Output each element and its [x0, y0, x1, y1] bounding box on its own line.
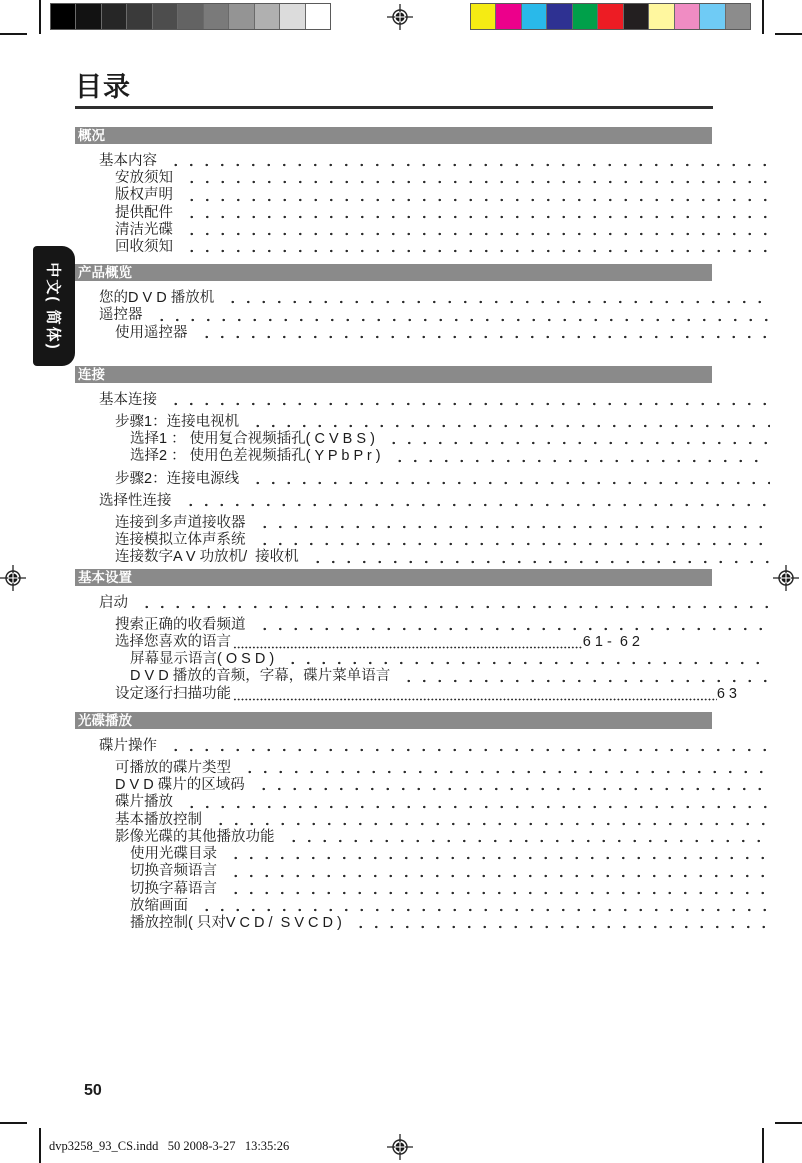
toc-page: 目录 概况 基本内容 安放须知 版权声明 提供配件 清洁光碟 回收须知 [75, 72, 770, 932]
calibration-swatch [204, 4, 229, 29]
toc-entry: 基本连接 [75, 392, 770, 409]
crop-mark [39, 1128, 41, 1163]
toc-entry-label: 设定逐行扫描功能 [115, 686, 231, 703]
toc-entry-page: 6 1 - 6 2 [583, 634, 640, 651]
color-calibration-bar [470, 3, 751, 30]
toc-entry-label: 切换音频语言 [130, 863, 217, 880]
dot-leader-icon [182, 226, 770, 239]
dot-leader-icon [233, 638, 583, 651]
dot-leader-icon [166, 157, 770, 170]
crop-mark [0, 1122, 27, 1124]
dot-leader-icon [255, 536, 771, 549]
grayscale-calibration-bar [50, 3, 331, 30]
toc-entry-label: 启动 [99, 595, 128, 612]
toc-entry-label: 选择您喜欢的语言 [115, 634, 231, 651]
print-slug: dvp3258_93_CS.indd 50 2008-3-27 13:35:26 [49, 1139, 289, 1154]
toc-sections: 概况 基本内容 安放须知 版权声明 提供配件 清洁光碟 回收须知 产品概览 [75, 127, 770, 932]
title-rule [75, 106, 713, 109]
calibration-swatch [624, 4, 649, 29]
toc-entry: 步骤2：连接电源线 [75, 471, 770, 488]
toc-entry-label: 影像光碟的其他播放功能 [115, 829, 275, 846]
toc-entry: 清洁光碟 [75, 222, 770, 239]
dot-leader-icon [283, 655, 770, 668]
toc-entry-label: 安放须知 [115, 170, 173, 187]
calibration-swatch [102, 4, 127, 29]
toc-entry-label: D V D 播放的音频，字幕，碟片菜单语言 [130, 668, 390, 685]
toc-entry-label: 使用遥控器 [115, 325, 188, 342]
toc-entry: 连接到多声道接收器 [75, 515, 770, 532]
toc-entry-label: D V D 碟片的区域码 [115, 777, 245, 794]
calibration-swatch [522, 4, 547, 29]
dot-leader-icon [254, 781, 770, 794]
section-heading: 概况 [75, 127, 105, 144]
section-heading: 光碟播放 [75, 712, 132, 729]
dot-leader-icon [197, 329, 771, 342]
toc-section: 产品概览 您的D V D 播放机 遥控器 使用遥控器 [75, 264, 770, 342]
toc-entry-label: 步骤2：连接电源线 [115, 471, 239, 488]
section-heading-bar: 概况 [75, 127, 712, 144]
toc-entry: 连接模拟立体声系统 [75, 532, 770, 549]
dot-leader-icon [233, 690, 717, 703]
section-heading-bar: 产品概览 [75, 264, 712, 281]
toc-entry-label: 选择2 ： 使用色差视频插孔( Y P b P r ) [130, 448, 381, 465]
toc-entry-label: 清洁光碟 [115, 222, 173, 239]
toc-section: 连接 基本连接 步骤1：连接电视机 选择1 ： 使用复合视频插孔( C V B … [75, 366, 770, 567]
toc-entry: 屏幕显示语言( O S D ) [75, 651, 770, 668]
calibration-swatch [471, 4, 496, 29]
toc-entry-label: 基本内容 [99, 153, 157, 170]
dot-leader-icon [166, 742, 770, 755]
toc-entry-label: 连接数字A V 功放机/ 接收机 [115, 549, 299, 566]
dot-leader-icon [384, 435, 770, 448]
crop-mark [762, 1128, 764, 1163]
calibration-swatch [306, 4, 330, 29]
crop-mark [775, 1122, 802, 1124]
toc-entry-label: 连接到多声道接收器 [115, 515, 246, 532]
registration-mark-icon [773, 565, 799, 591]
calibration-swatch [675, 4, 700, 29]
toc-entry: 基本内容 [75, 153, 770, 170]
language-tab: 中文( 简体) [33, 246, 75, 366]
dot-leader-icon [182, 192, 770, 205]
dot-leader-icon [182, 174, 770, 187]
calibration-swatch [255, 4, 280, 29]
dot-leader-icon [308, 554, 770, 567]
toc-entry: 选择性连接 [75, 493, 770, 510]
registration-mark-icon [0, 565, 26, 591]
toc-entry-label: 您的D V D 播放机 [99, 290, 214, 307]
toc-entry: 放缩画面 [75, 898, 770, 915]
toc-entry: 播放控制( 只对V C D / S V C D ) [75, 915, 770, 932]
toc-entry: 可播放的碟片类型 [75, 760, 770, 777]
calibration-swatch [573, 4, 598, 29]
calibration-swatch [153, 4, 178, 29]
toc-entry-label: 步骤1：连接电视机 [115, 414, 239, 431]
toc-entry-label: 使用光碟目录 [130, 846, 217, 863]
dot-leader-icon [152, 312, 771, 325]
toc-section: 概况 基本内容 安放须知 版权声明 提供配件 清洁光碟 回收须知 [75, 127, 770, 256]
dot-leader-icon [399, 673, 770, 686]
toc-entry: 启动 [75, 595, 770, 612]
dot-leader-icon [223, 294, 770, 307]
section-entries: 您的D V D 播放机 遥控器 使用遥控器 [75, 290, 770, 342]
dot-leader-icon [226, 850, 770, 863]
dot-leader-icon [226, 885, 770, 898]
dot-leader-icon [181, 497, 771, 510]
toc-entry-label: 基本连接 [99, 392, 157, 409]
toc-section: 光碟播放 碟片操作 可播放的碟片类型 D V D 碟片的区域码 碟片播放 基本播… [75, 712, 770, 932]
dot-leader-icon [226, 868, 770, 881]
toc-entry-label: 选择性连接 [99, 493, 172, 510]
toc-entry: 使用遥控器 [75, 325, 770, 342]
registration-mark-icon [387, 4, 413, 30]
toc-entry-label: 屏幕显示语言( O S D ) [130, 651, 274, 668]
section-heading-bar: 光碟播放 [75, 712, 712, 729]
calibration-swatch [649, 4, 674, 29]
section-entries: 基本内容 安放须知 版权声明 提供配件 清洁光碟 回收须知 [75, 153, 770, 256]
toc-entry: 回收须知 [75, 239, 770, 256]
registration-mark-icon [387, 1134, 413, 1160]
toc-entry: 基本播放控制 [75, 812, 770, 829]
toc-entry: 选择1 ： 使用复合视频插孔( C V B S ) [75, 431, 770, 448]
toc-entry-label: 切换字幕语言 [130, 881, 217, 898]
dot-leader-icon [137, 599, 770, 612]
dot-leader-icon [182, 799, 770, 812]
toc-entry-label: 回收须知 [115, 239, 173, 256]
section-heading: 基本设置 [75, 569, 132, 586]
calibration-swatch [280, 4, 305, 29]
calibration-swatch [496, 4, 521, 29]
toc-entry-page: 6 3 [717, 686, 737, 703]
crop-mark [39, 0, 41, 34]
section-heading-bar: 连接 [75, 366, 712, 383]
calibration-swatch [127, 4, 152, 29]
section-entries: 启动 搜索正确的收看频道 选择您喜欢的语言 6 1 - 6 2 屏幕显示语言( … [75, 595, 770, 703]
toc-entry-label: 放缩画面 [130, 898, 188, 915]
dot-leader-icon [182, 243, 770, 256]
toc-entry: D V D 碟片的区域码 [75, 777, 770, 794]
toc-entry-label: 播放控制( 只对V C D / S V C D ) [130, 915, 342, 932]
section-entries: 碟片操作 可播放的碟片类型 D V D 碟片的区域码 碟片播放 基本播放控制 影… [75, 738, 770, 932]
toc-entry: 切换音频语言 [75, 863, 770, 880]
toc-entry: 安放须知 [75, 170, 770, 187]
toc-entry-label: 选择1 ： 使用复合视频插孔( C V B S ) [130, 431, 375, 448]
dot-leader-icon [166, 396, 770, 409]
section-heading-bar: 基本设置 [75, 569, 712, 586]
dot-leader-icon [240, 764, 770, 777]
crop-mark [0, 33, 27, 35]
calibration-swatch [76, 4, 101, 29]
section-entries: 基本连接 步骤1：连接电视机 选择1 ： 使用复合视频插孔( C V B S )… [75, 392, 770, 567]
page-number: 50 [84, 1082, 102, 1100]
toc-entry: 选择您喜欢的语言 6 1 - 6 2 [75, 634, 770, 651]
toc-entry-label: 碟片操作 [99, 738, 157, 755]
toc-entry-label: 碟片播放 [115, 794, 173, 811]
dot-leader-icon [284, 833, 771, 846]
toc-entry: 步骤1：连接电视机 [75, 414, 770, 431]
dot-leader-icon [182, 209, 770, 222]
crop-mark [762, 0, 764, 34]
toc-entry-label: 连接模拟立体声系统 [115, 532, 246, 549]
toc-entry: D V D 播放的音频，字幕，碟片菜单语言 [75, 668, 770, 685]
toc-entry-label: 提供配件 [115, 205, 173, 222]
toc-section: 基本设置 启动 搜索正确的收看频道 选择您喜欢的语言 6 1 - 6 2 屏幕显… [75, 569, 770, 703]
toc-entry: 选择2 ： 使用色差视频插孔( Y P b P r ) [75, 448, 770, 465]
toc-entry: 您的D V D 播放机 [75, 290, 770, 307]
language-tab-label: 中文( 简体) [44, 262, 65, 350]
page-title: 目录 [75, 72, 770, 102]
dot-leader-icon [248, 418, 770, 431]
calibration-swatch [547, 4, 572, 29]
toc-entry: 影像光碟的其他播放功能 [75, 829, 770, 846]
section-heading: 产品概览 [75, 264, 132, 281]
toc-entry: 版权声明 [75, 187, 770, 204]
calibration-swatch [229, 4, 254, 29]
toc-entry: 碟片操作 [75, 738, 770, 755]
dot-leader-icon [211, 816, 770, 829]
toc-entry: 遥控器 [75, 307, 770, 324]
section-heading: 连接 [75, 366, 105, 383]
toc-entry: 使用光碟目录 [75, 846, 770, 863]
crop-mark [775, 33, 802, 35]
toc-entry-label: 可播放的碟片类型 [115, 760, 231, 777]
dot-leader-icon [197, 902, 770, 915]
dot-leader-icon [248, 475, 770, 488]
toc-entry: 提供配件 [75, 205, 770, 222]
calibration-swatch [51, 4, 76, 29]
dot-leader-icon [255, 519, 771, 532]
toc-entry-label: 遥控器 [99, 307, 143, 324]
toc-entry: 连接数字A V 功放机/ 接收机 [75, 549, 770, 566]
toc-entry: 设定逐行扫描功能 6 3 [75, 686, 770, 703]
toc-entry: 切换字幕语言 [75, 881, 770, 898]
calibration-swatch [598, 4, 623, 29]
toc-entry: 搜索正确的收看频道 [75, 617, 770, 634]
toc-entry: 碟片播放 [75, 794, 770, 811]
dot-leader-icon [351, 919, 770, 932]
toc-entry-label: 基本播放控制 [115, 812, 202, 829]
calibration-swatch [726, 4, 750, 29]
dot-leader-icon [390, 453, 770, 466]
calibration-swatch [700, 4, 725, 29]
toc-entry-label: 搜索正确的收看频道 [115, 617, 246, 634]
dot-leader-icon [255, 621, 771, 634]
calibration-swatch [178, 4, 203, 29]
toc-entry-label: 版权声明 [115, 187, 173, 204]
